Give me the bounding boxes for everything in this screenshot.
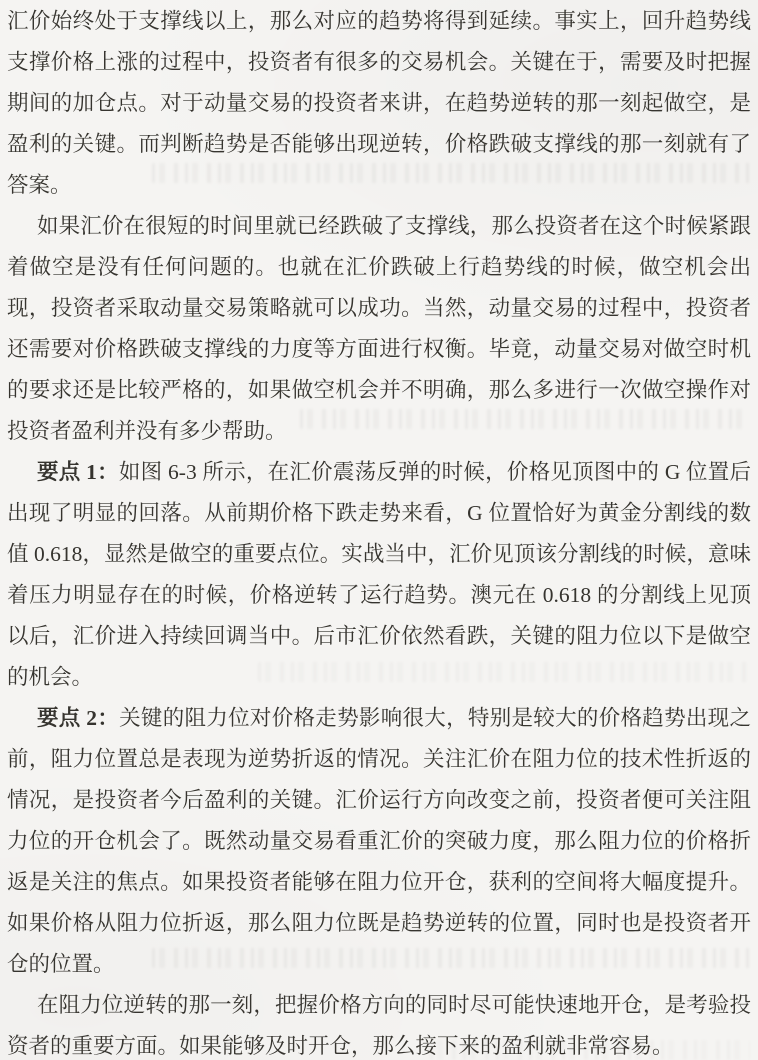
paragraph-continuation: 汇价始终处于支撑线以上，那么对应的趋势将得到延续。事实上，回升趋势线支撑价格上涨…: [7, 1, 751, 206]
keypoint-2-text: 关键的阻力位对价格走势影响很大，特别是较大的价格趋势出现之前，阻力位置总是表现为…: [7, 706, 751, 976]
paragraph-closing: 在阻力位逆转的那一刻，把握价格方向的同时尽可能快速地开仓，是考验投资者的重要方面…: [7, 985, 751, 1060]
paragraph-2-text: 如果汇价在很短的时间里就已经跌破了支撑线，那么投资者在这个时候紧跟着做空是没有任…: [7, 214, 751, 443]
paragraph-keypoint-1: 要点 1：如图 6-3 所示，在汇价震荡反弹的时候，价格见顶图中的 G 位置后出…: [7, 452, 751, 698]
page-text-block: 汇价始终处于支撑线以上，那么对应的趋势将得到延续。事实上，回升趋势线支撑价格上涨…: [0, 0, 758, 1060]
keypoint-2-label: 要点 2：: [37, 706, 119, 730]
paragraph-keypoint-2: 要点 2：关键的阻力位对价格走势影响很大，特别是较大的价格趋势出现之前，阻力位置…: [7, 698, 751, 985]
scanned-book-page: { "document": { "kind": "scanned book pa…: [0, 0, 758, 1060]
paragraph-2: 如果汇价在很短的时间里就已经跌破了支撑线，那么投资者在这个时候紧跟着做空是没有任…: [7, 206, 751, 452]
paragraph-5-text: 在阻力位逆转的那一刻，把握价格方向的同时尽可能快速地开仓，是考验投资者的重要方面…: [7, 993, 751, 1058]
keypoint-1-label: 要点 1：: [37, 460, 119, 484]
keypoint-1-text: 如图 6-3 所示，在汇价震荡反弹的时候，价格见顶图中的 G 位置后出现了明显的…: [7, 460, 751, 689]
paragraph-1-text: 汇价始终处于支撑线以上，那么对应的趋势将得到延续。事实上，回升趋势线支撑价格上涨…: [7, 9, 751, 197]
